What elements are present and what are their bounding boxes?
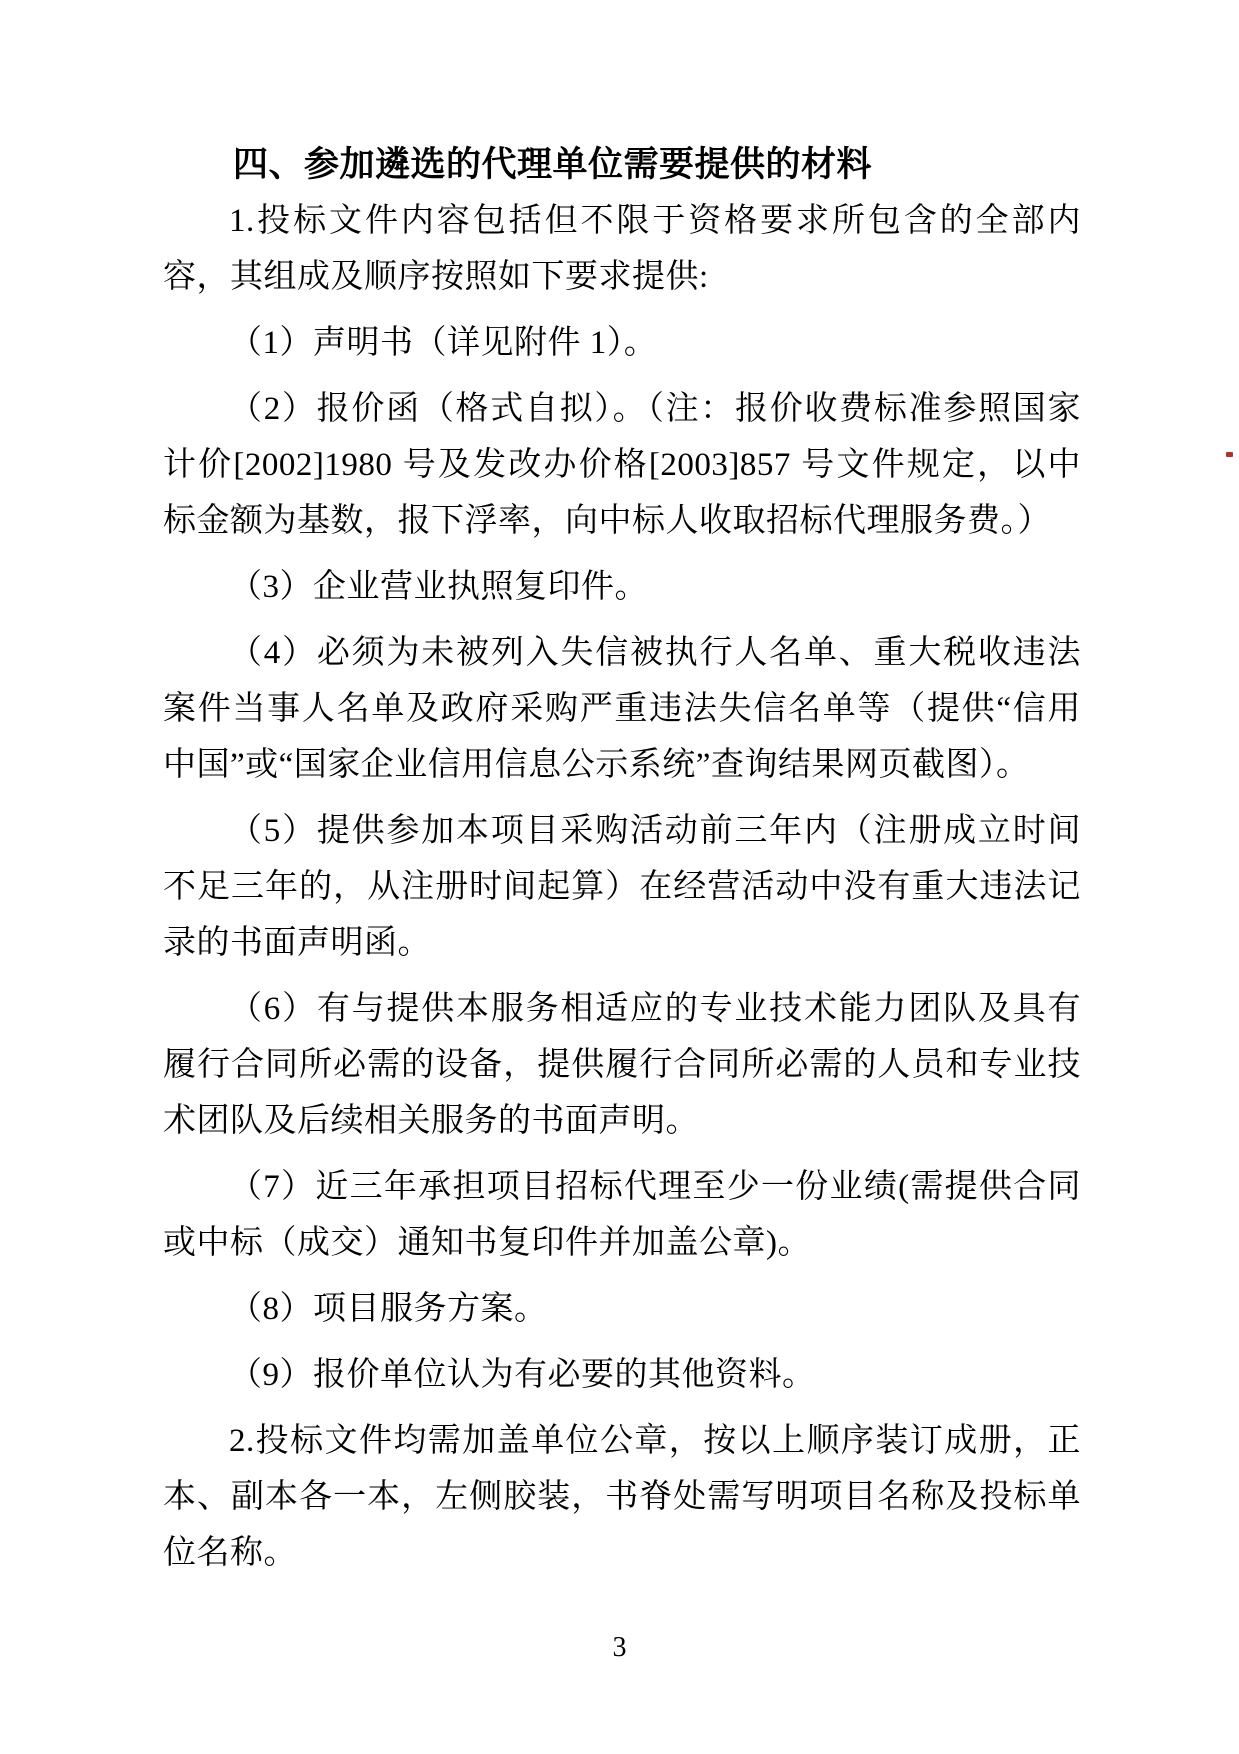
paragraph-item-7: （7）近三年承担项目招标代理至少一份业绩(需提供合同或中标（成交）通知书复印件并…	[163, 1159, 1081, 1271]
paragraph-item-1: （1）声明书（详见附件 1）。	[163, 315, 1081, 371]
paragraph-item-8: （8）项目服务方案。	[163, 1281, 1081, 1337]
paragraph-item-5: （5）提供参加本项目采购活动前三年内（注册成立时间不足三年的，从注册时间起算）在…	[163, 803, 1081, 971]
paragraph-item-9: （9）报价单位认为有必要的其他资料。	[163, 1347, 1081, 1403]
paragraph-item-4: （4）必须为未被列入失信被执行人名单、重大税收违法案件当事人名单及政府采购严重违…	[163, 625, 1081, 793]
document-page: 四、参加遴选的代理单位需要提供的材料 1.投标文件内容包括但不限于资格要求所包含…	[0, 0, 1239, 1754]
paragraph-intro: 1.投标文件内容包括但不限于资格要求所包含的全部内容，其组成及顺序按照如下要求提…	[163, 193, 1081, 305]
red-scan-artifact-mark	[1226, 452, 1233, 457]
section-heading: 四、参加遴选的代理单位需要提供的材料	[163, 137, 1081, 193]
paragraph-item-3: （3）企业营业执照复印件。	[163, 559, 1081, 615]
paragraph-item-2: （2）报价函（格式自拟）。（注：报价收费标准参照国家计价[2002]1980 号…	[163, 381, 1081, 549]
paragraph-binding-requirement: 2.投标文件均需加盖单位公章，按以上顺序装订成册，正本、副本各一本，左侧胶装，书…	[163, 1413, 1081, 1581]
page-number: 3	[0, 1632, 1239, 1664]
document-body: 四、参加遴选的代理单位需要提供的材料 1.投标文件内容包括但不限于资格要求所包含…	[163, 137, 1081, 1581]
paragraph-item-6: （6）有与提供本服务相适应的专业技术能力团队及具有履行合同所必需的设备，提供履行…	[163, 981, 1081, 1149]
